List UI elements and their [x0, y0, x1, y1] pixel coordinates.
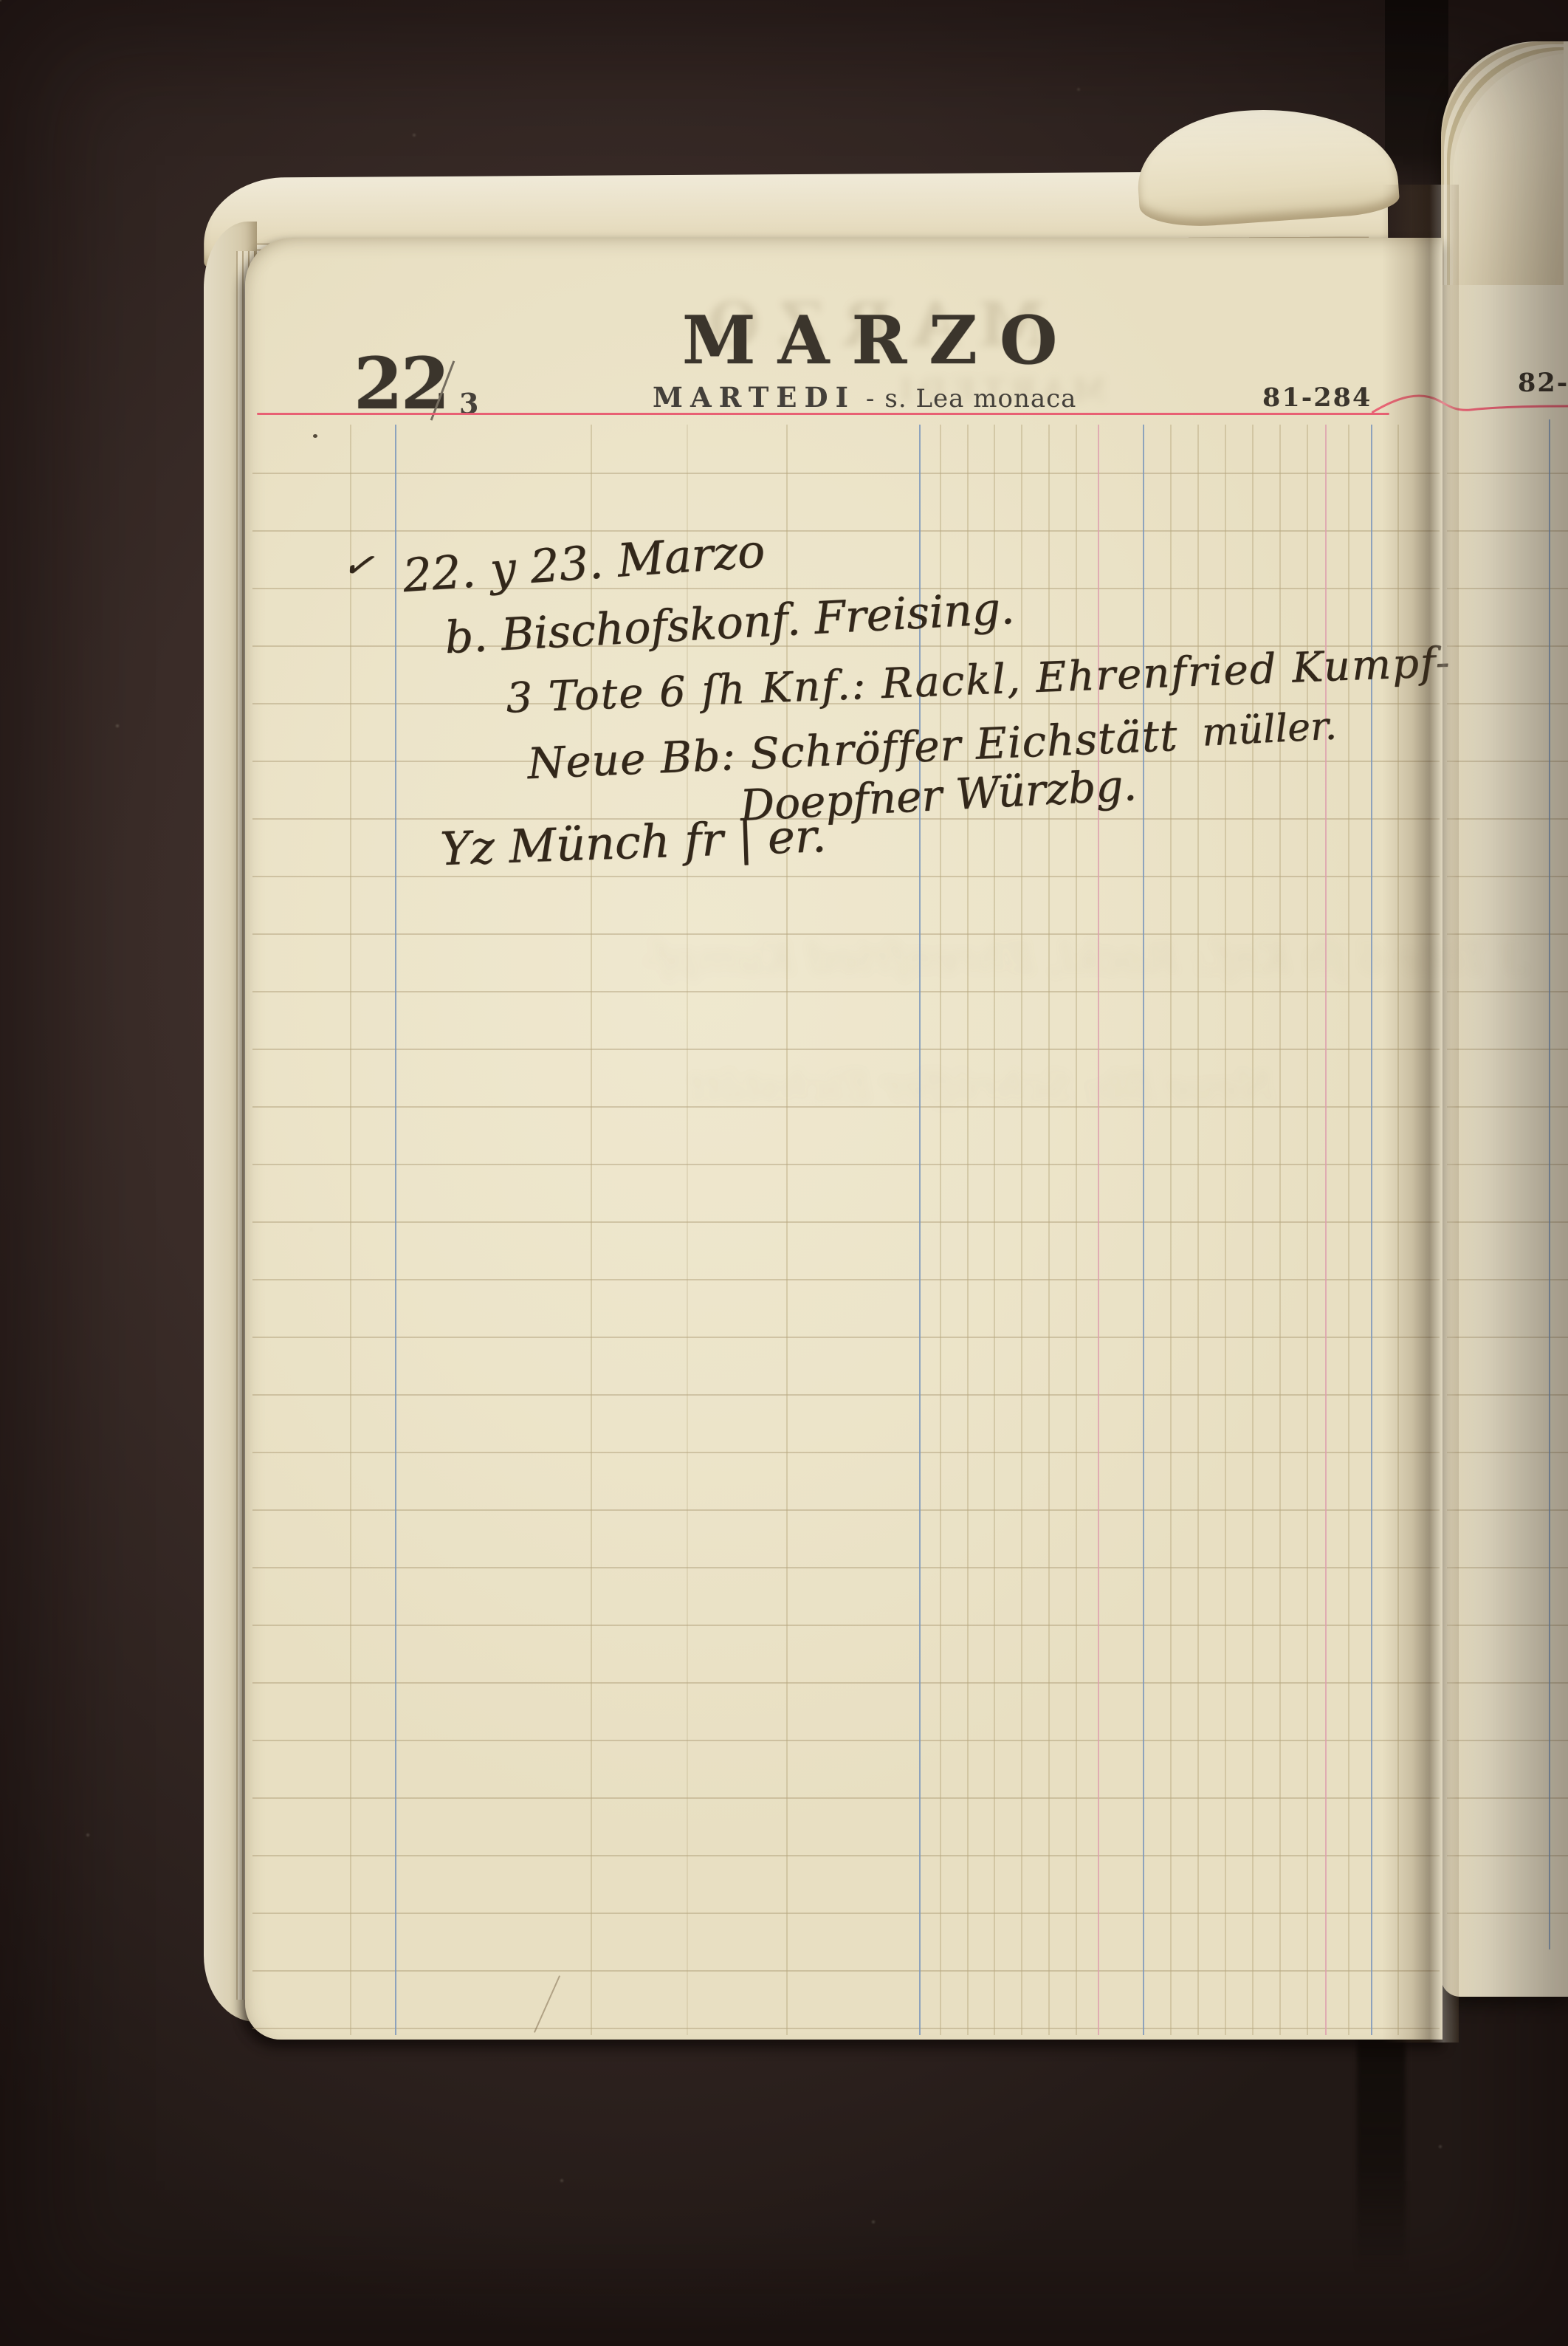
facing-page-blue-rule — [1549, 419, 1550, 1949]
gutter-shadow-bottom — [1357, 2029, 1406, 2273]
ruled-line-faint — [591, 425, 592, 2035]
header-rule — [257, 413, 1389, 415]
ink-dot — [313, 434, 317, 438]
weekday-separator: - — [866, 384, 875, 414]
diary-page: MARZO MARTEDI 3 Tote 6 ſh Knf.: Rackl, E… — [245, 238, 1443, 2040]
facing-page-top-curl — [1441, 41, 1564, 285]
saint-name: s. Lea monaca — [884, 384, 1076, 414]
handwriting-line-7: Yz Münch fr | er. — [439, 813, 827, 872]
facing-page: 82-2 — [1441, 41, 1568, 1997]
ruled-line-faint — [350, 425, 351, 2035]
day-month-number: 3 — [459, 387, 478, 420]
header-rule-gutter-curve — [1372, 391, 1568, 428]
dust-specks — [0, 0, 1, 1]
weekday-label: MARTEDI — [653, 381, 856, 414]
handwriting-line-4: müller. — [1201, 707, 1338, 752]
diary-photo: 82-2 MARZO MARTEDI 3 Tote 6 ſh Knf.: Rac… — [0, 0, 1568, 2346]
gutter-shadow-top — [1385, 0, 1448, 192]
ruled-line-blue — [395, 425, 396, 2035]
page-top-fold — [1133, 100, 1400, 230]
month-title: MARZO — [682, 301, 1079, 380]
weekday-row: MARTEDI - s. Lea monaca — [653, 381, 1076, 414]
ruled-line-faint — [687, 425, 688, 2035]
page-number: 81-284 — [1262, 383, 1372, 413]
check-mark: ✓ — [340, 544, 376, 585]
